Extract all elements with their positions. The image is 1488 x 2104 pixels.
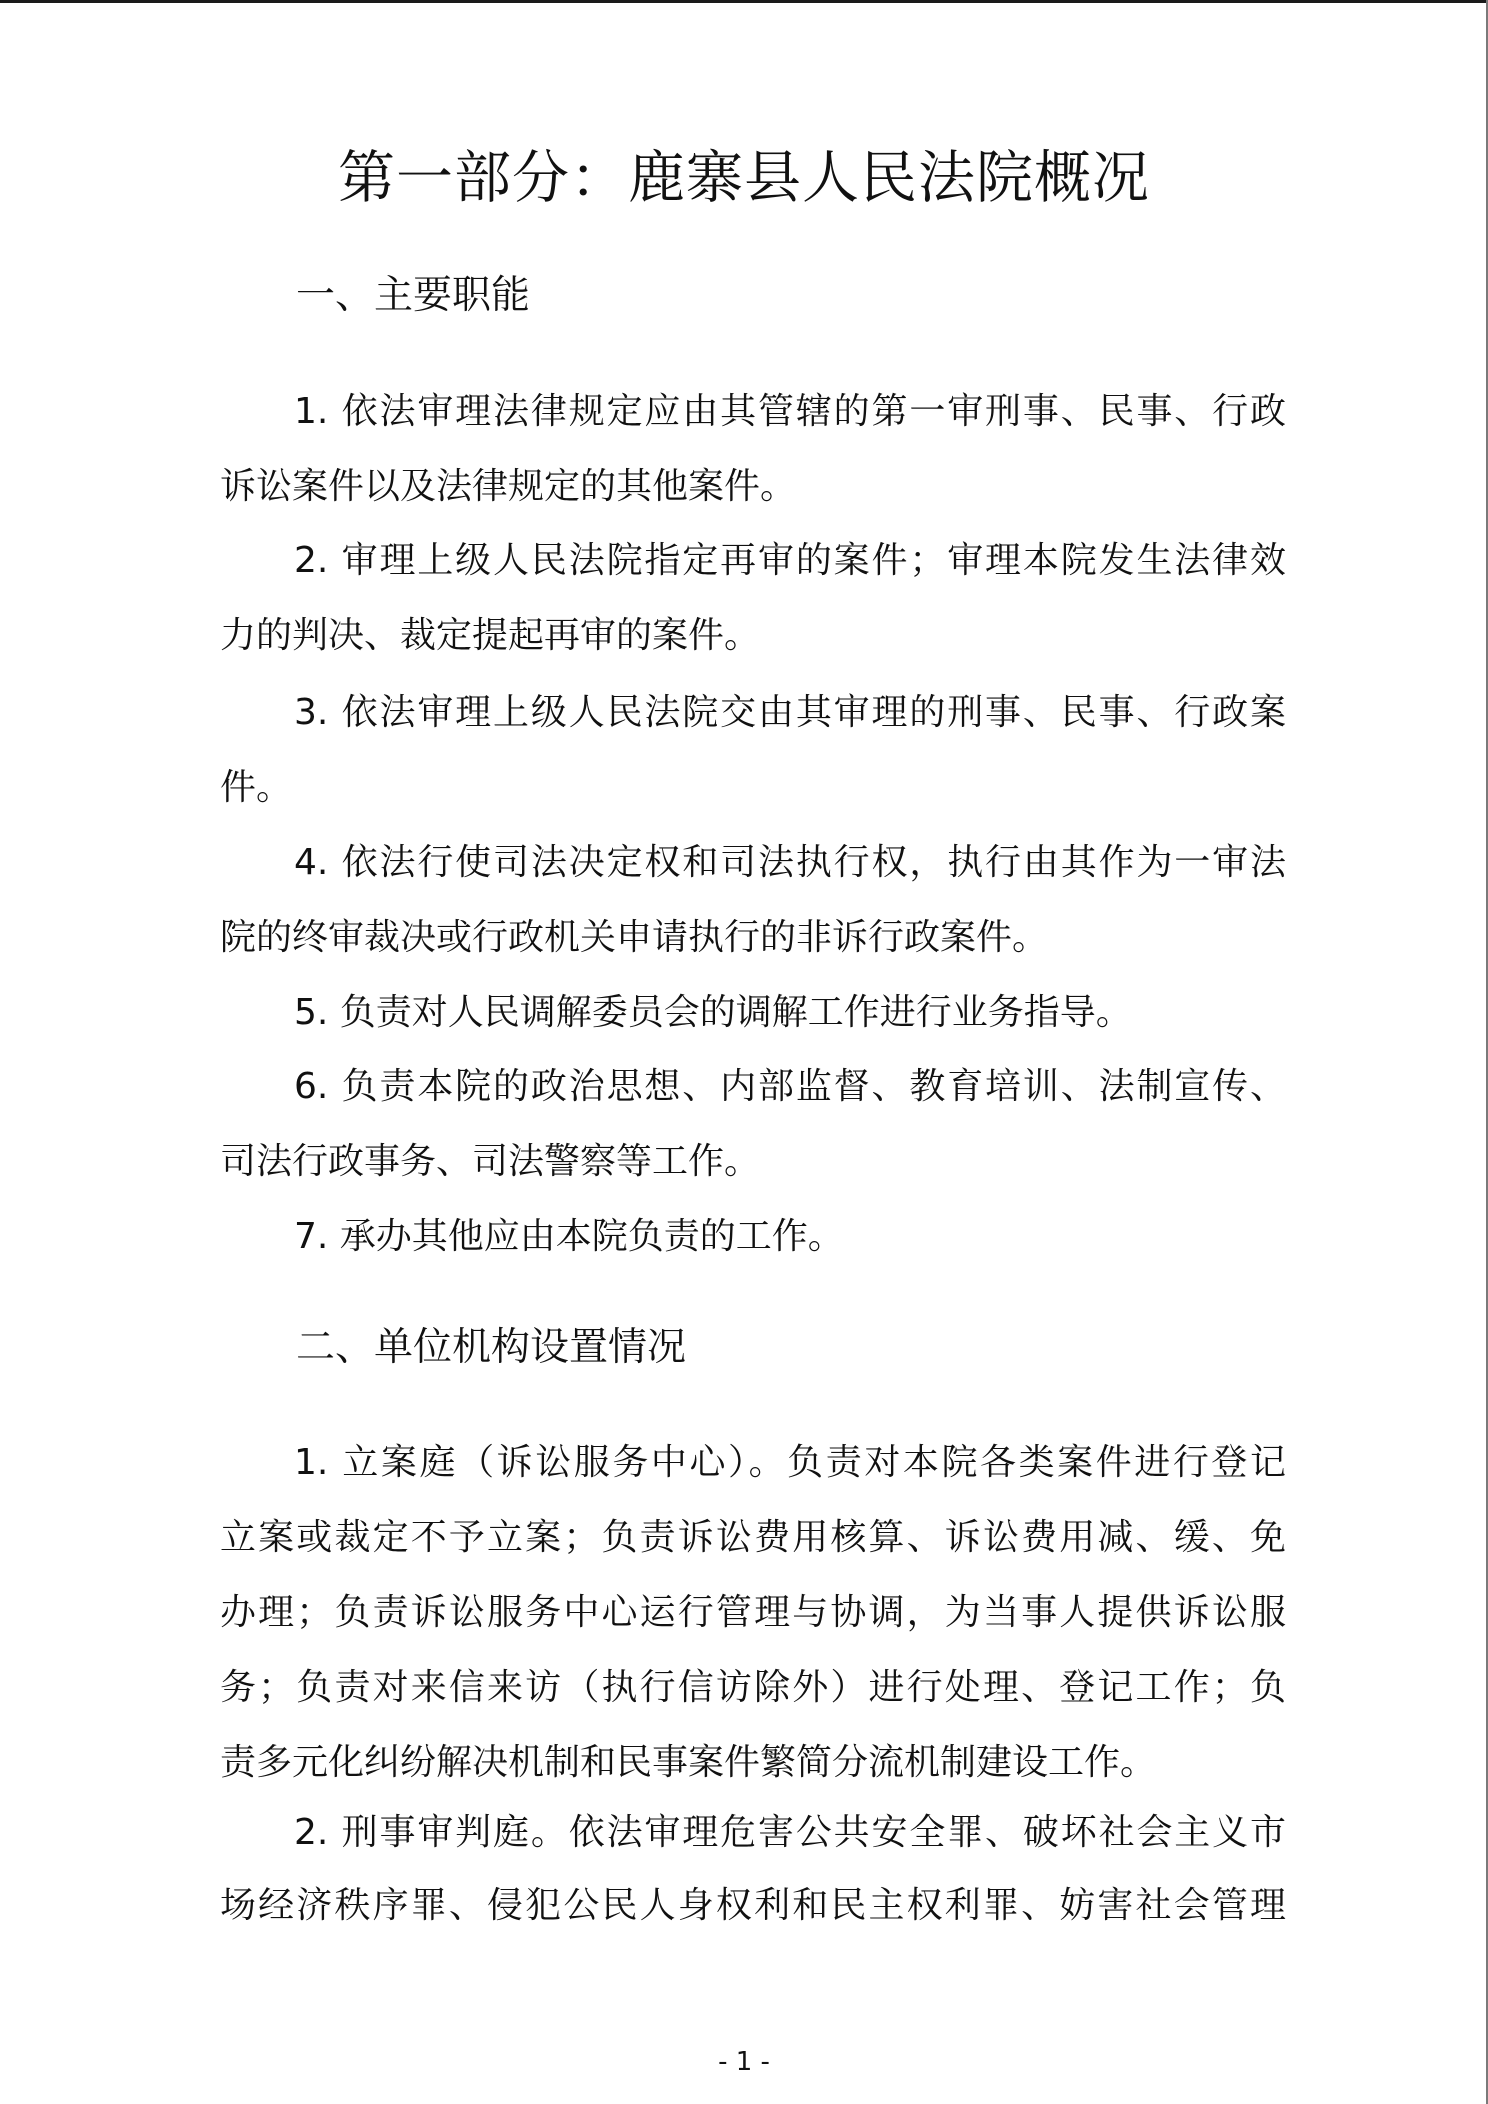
paragraph-line: 4. 依法行使司法决定权和司法执行权，执行由其作为一审法 xyxy=(294,842,1286,884)
paragraph-line: 立案或裁定不予立案；负责诉讼费用核算、诉讼费用减、缓、免 xyxy=(220,1517,1286,1559)
paragraph-line: 2. 审理上级人民法院指定再审的案件；审理本院发生法律效 xyxy=(294,540,1286,582)
paragraph-line: 责多元化纠纷解决机制和民事案件繁简分流机制建设工作。 xyxy=(220,1742,1286,1784)
paragraph-line: 务；负责对来信来访（执行信访除外）进行处理、登记工作；负 xyxy=(220,1667,1286,1709)
paragraph-line: 1. 依法审理法律规定应由其管辖的第一审刑事、民事、行政 xyxy=(294,391,1286,433)
paragraph-line: 3. 依法审理上级人民法院交由其审理的刑事、民事、行政案 xyxy=(294,692,1286,734)
paragraph-line: 件。 xyxy=(220,767,1286,809)
paragraph-line: 6. 负责本院的政治思想、内部监督、教育培训、法制宣传、 xyxy=(294,1066,1286,1108)
paragraph-line: 诉讼案件以及法律规定的其他案件。 xyxy=(220,466,1286,508)
paragraph-line: 5. 负责对人民调解委员会的调解工作进行业务指导。 xyxy=(294,992,1286,1034)
paragraph-line: 2. 刑事审判庭。依法审理危害公共安全罪、破坏社会主义市 xyxy=(294,1812,1286,1854)
document-page: 第一部分：鹿寨县人民法院概况 一、主要职能 1. 依法审理法律规定应由其管辖的第… xyxy=(0,0,1488,2104)
document-title: 第一部分：鹿寨县人民法院概况 xyxy=(0,146,1488,210)
paragraph-line: 司法行政事务、司法警察等工作。 xyxy=(220,1141,1286,1183)
section-heading-org-structure: 二、单位机构设置情况 xyxy=(296,1326,686,1370)
paragraph-line: 办理；负责诉讼服务中心运行管理与协调，为当事人提供诉讼服 xyxy=(220,1592,1286,1634)
page-number: - 1 - xyxy=(0,2046,1488,2078)
section-heading-main-functions: 一、主要职能 xyxy=(296,274,530,318)
paragraph-line: 力的判决、裁定提起再审的案件。 xyxy=(220,615,1286,657)
paragraph-line: 院的终审裁决或行政机关申请执行的非诉行政案件。 xyxy=(220,917,1286,959)
paragraph-line: 场经济秩序罪、侵犯公民人身权利和民主权利罪、妨害社会管理 xyxy=(220,1885,1286,1927)
paragraph-line: 1. 立案庭（诉讼服务中心）。负责对本院各类案件进行登记 xyxy=(294,1442,1286,1484)
paragraph-line: 7. 承办其他应由本院负责的工作。 xyxy=(294,1216,1286,1258)
